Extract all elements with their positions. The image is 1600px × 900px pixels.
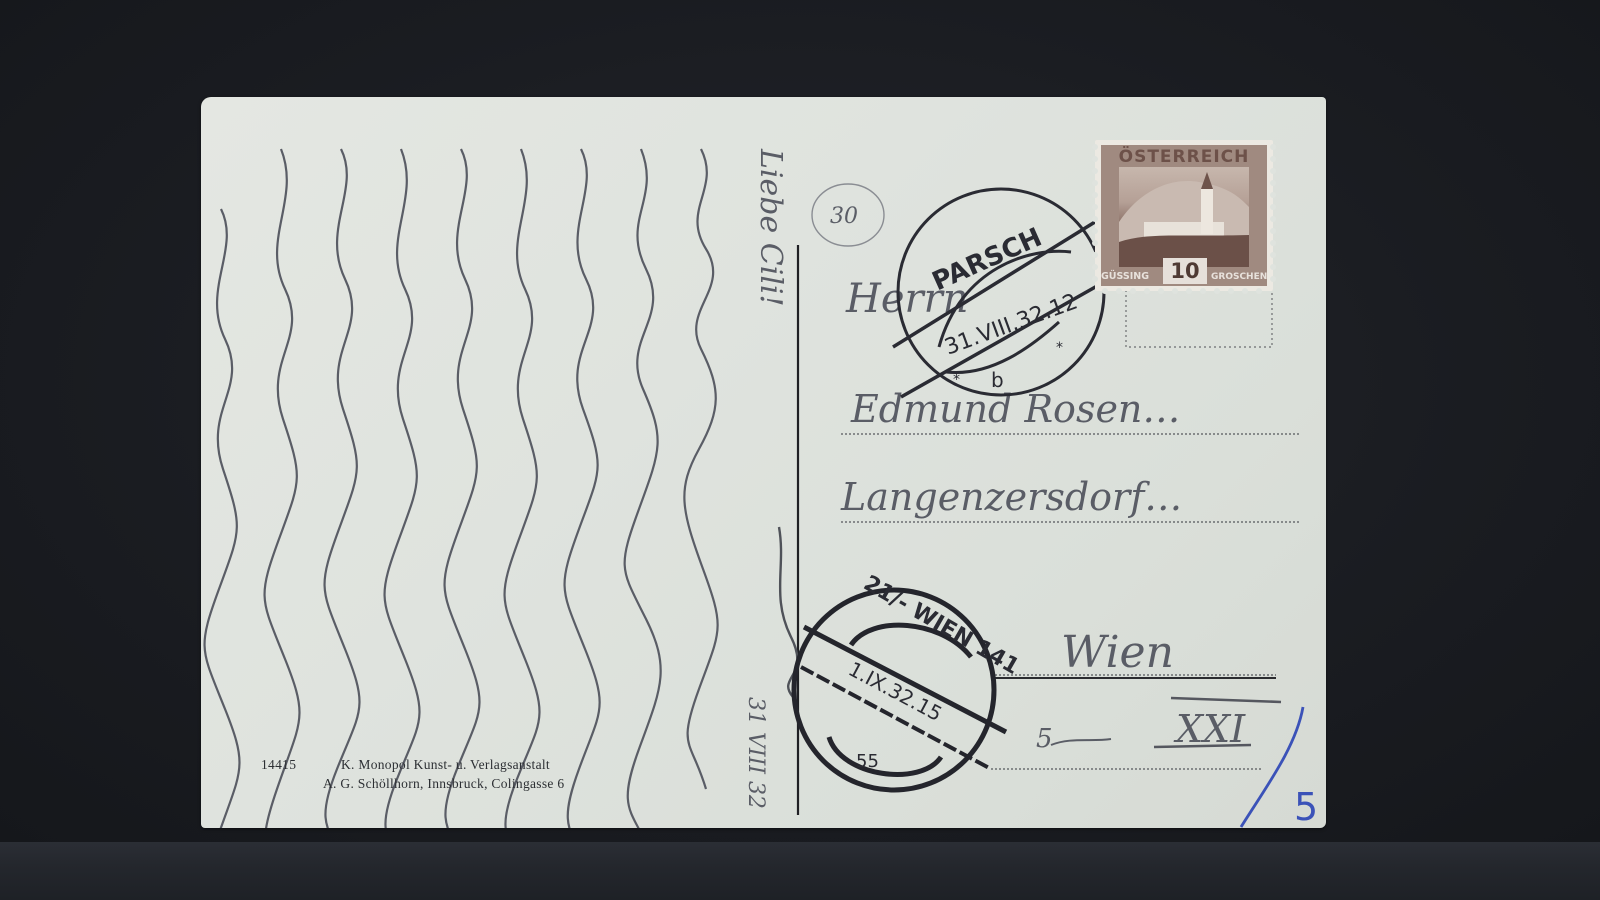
- stamp-place: GÜSSING: [1101, 271, 1149, 282]
- stamp-value: 10: [1163, 258, 1207, 284]
- svg-text:*: *: [1056, 340, 1063, 356]
- stamp-box-outline: [1126, 289, 1272, 347]
- address-city: Wien: [1061, 627, 1174, 678]
- margin-date: 31 VIII 32: [743, 697, 768, 809]
- address-district-number: 5: [1036, 724, 1053, 754]
- handwritten-message: Liebe Cili!: [205, 148, 788, 828]
- stamp-design: ÖSTERREICH 10 GÜSSING GROSCHEN: [1101, 145, 1267, 286]
- svg-text:*: *: [953, 372, 960, 388]
- stamp-country: ÖSTERREICH: [1101, 147, 1267, 167]
- postage-stamp: ÖSTERREICH 10 GÜSSING GROSCHEN: [1091, 137, 1277, 294]
- circled-number: 30: [830, 204, 858, 229]
- postcard: 30 Liebe Cili! 31 VIII 32 Herrn Edmund R…: [201, 97, 1326, 828]
- message-greeting: Liebe Cili!: [753, 148, 788, 307]
- postmark-parsch-place: PARSCH: [928, 223, 1047, 298]
- svg-text:31 VIII 32: 31 VIII 32: [743, 697, 768, 809]
- address-street: Langenzersdorf…: [840, 475, 1182, 519]
- imprint-line-2: A. G. Schöllhorn, Innsbruck, Colingasse …: [323, 776, 564, 792]
- imprint-line-1: K. Monopol Kunst- u. Verlagsanstalt: [341, 757, 550, 773]
- stamp-castle-image: [1119, 167, 1249, 267]
- svg-text:PARSCH: PARSCH: [928, 223, 1047, 298]
- postmark-parsch-suffix: b: [991, 368, 1004, 392]
- blue-number: 5: [1294, 785, 1318, 828]
- stamp-currency: GROSCHEN: [1211, 272, 1267, 282]
- imprint-number: 14415: [261, 757, 296, 773]
- backdrop-lower-band: [0, 842, 1600, 900]
- postmark-wien: 21/- WIEN 141 1.IX.32.15 55: [794, 571, 1023, 790]
- postmark-wien-suffix: 55: [856, 751, 879, 772]
- district-overline: [1171, 698, 1281, 702]
